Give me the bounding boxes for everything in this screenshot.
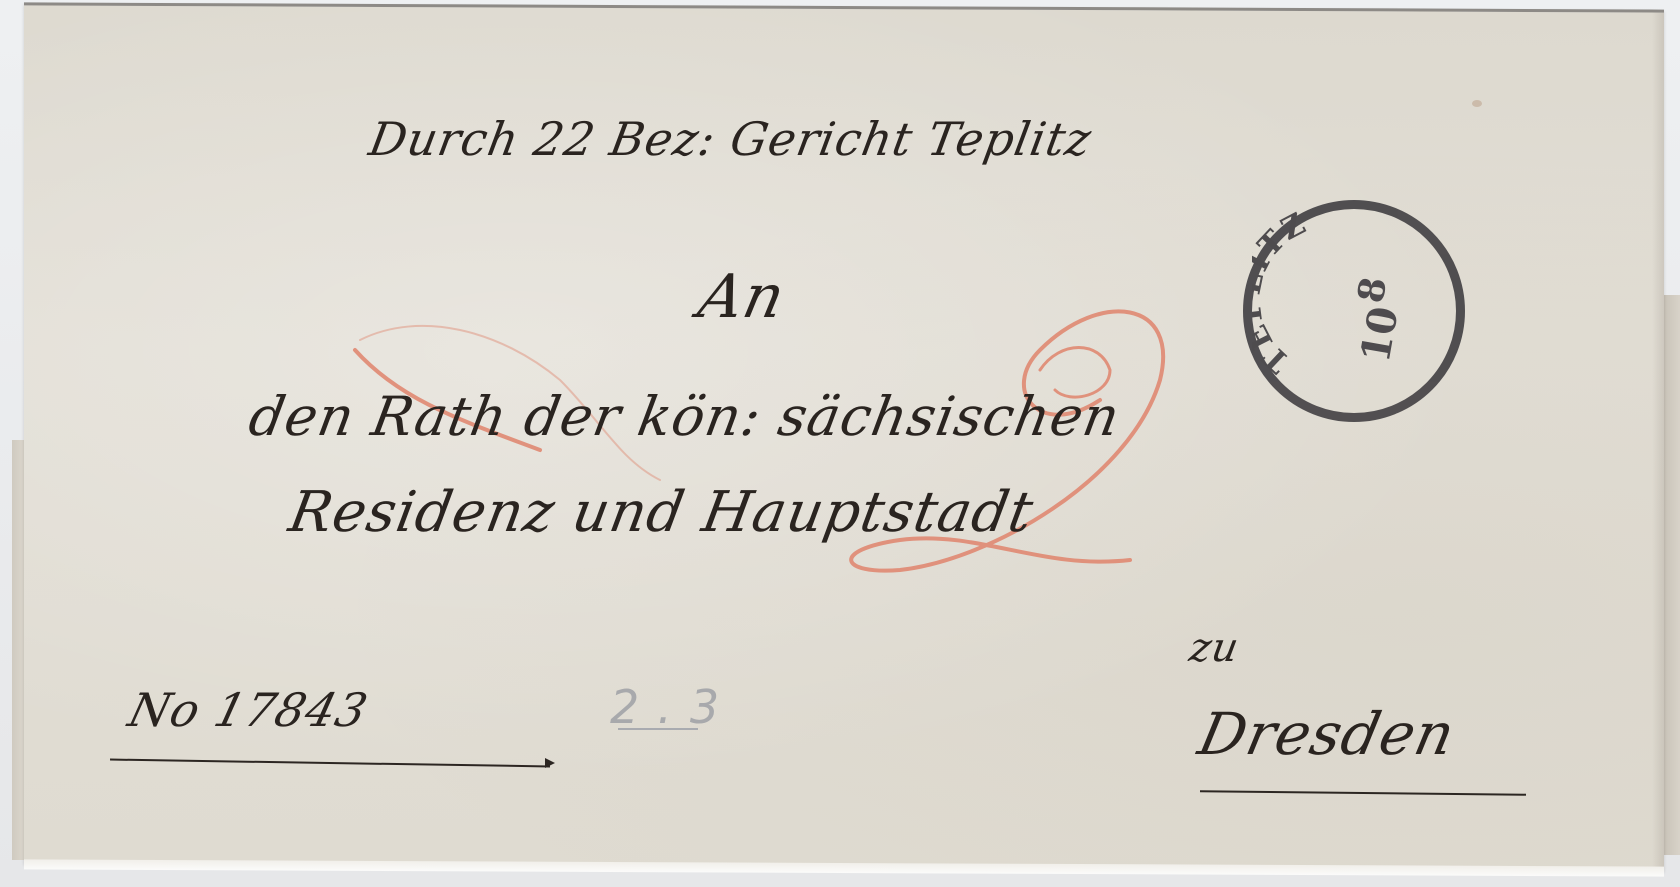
red-crayon-postage-due-mark: [340, 270, 1240, 630]
postmark-town-arc: TEPLITZ: [1252, 209, 1456, 413]
paper-stain: [1472, 100, 1482, 107]
recipient-salutation: An: [693, 262, 792, 332]
reference-number: No 17843: [123, 683, 373, 737]
recipient-line-2: Residenz und Hauptstadt: [284, 480, 1038, 545]
recipient-line-1: den Rath der kön: sächsischen: [244, 385, 1125, 448]
sender-line: Durch 22 Bez: Gericht Teplitz: [365, 112, 1096, 166]
pencil-note: 2.3: [610, 680, 737, 734]
recipient-preposition: zu: [1186, 625, 1243, 671]
postmark-month: 10: [1352, 303, 1408, 366]
envelope-right-flap: [1664, 295, 1680, 855]
svg-text:TEPLITZ: TEPLITZ: [1252, 209, 1313, 379]
reference-arrowhead: [545, 758, 555, 768]
envelope-fold-shadow: [1652, 13, 1664, 871]
recipient-city: Dresden: [1193, 700, 1462, 768]
envelope-left-flap: [12, 440, 24, 860]
postmark-town: TEPLITZ: [1252, 209, 1313, 379]
postmark-stamp: TEPLITZ 8 10: [1243, 200, 1465, 422]
